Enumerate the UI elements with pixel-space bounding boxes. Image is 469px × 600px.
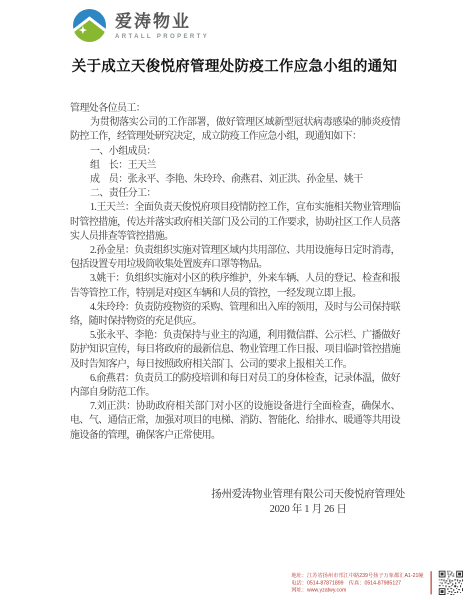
duty-item-2: 2.孙金星：负责组织实施对管理区域内共用部位、共用设施每日定时消毒，包括设置专用… [70, 244, 400, 272]
signature-block: 扬州爱涛物业管理有限公司天俊悦府管理处 2020 年 1 月 26 日 [0, 487, 469, 518]
duty-item-3: 3.姚干：负组织实施对小区的秩序维护，外来车辆、人员的登记、检查和报告等管控工作… [70, 272, 400, 300]
intro-paragraph: 为贯彻落实公司的工作部署，做好管理区域新型冠状病毒感染的肺炎疫情防控工作，经管理… [70, 116, 400, 144]
footer-divider [431, 571, 432, 594]
duty-item-6: 6.俞燕君：负责员工的防疫培训和每日对员工的身体检查，记录体温，做好内部自身防范… [70, 372, 400, 400]
notice-title: 关于成立天俊悦府管理处防疫工作应急小组的通知 [0, 58, 469, 77]
duty-item-1: 1.王天兰：全面负责天俊悦府项目疫情防控工作，宣布实施相关物业管理临时管控措施，… [70, 201, 400, 244]
notice-document: 爱涛物业 ARTALL PROPERTY 关于成立天俊悦府管理处防疫工作应急小组… [0, 0, 469, 600]
logo-text: 爱涛物业 ARTALL PROPERTY [115, 9, 209, 41]
duty-item-5: 5.张永平、李艳：负责保持与业主的沟通，利用微信群、公示栏、广播做好防护知识宣传… [70, 329, 400, 372]
signature-org: 扬州爱涛物业管理有限公司天俊悦府管理处 [211, 487, 405, 503]
duty-item-4: 4.朱玲玲：负责防疫物资的采购、管理和出入库的领用，及时与公司保持联络，随时保持… [70, 301, 400, 329]
footer-contact: 地址：江苏省扬州市邗江中路239号扬子万象都汇A1-21幢 电话：0514-87… [291, 572, 423, 594]
notice-body: 管理处各位员工： 为贯彻落实公司的工作部署，做好管理区域新型冠状病毒感染的肺炎疫… [0, 102, 469, 443]
signature-date: 2020 年 1 月 26 日 [211, 502, 405, 518]
leader-line: 组 长：王天兰 [70, 159, 400, 173]
artall-logo-icon [73, 9, 106, 42]
page-footer: 地址：江苏省扬州市邗江中路239号扬子万象都汇A1-21幢 电话：0514-87… [291, 571, 463, 595]
members-line: 成 员：张永平、李艳、朱玲玲、俞燕君、刘正洪、孙金星、姚干 [70, 173, 400, 187]
footer-website: 网址：www.yzatwy.com [291, 586, 423, 593]
duty-item-7: 7.刘正洪：协助政府相关部门对小区的设施设备进行全面检查，确保水、电、气、通信正… [70, 400, 400, 443]
qr-code-icon [439, 571, 463, 595]
company-logo: 爱涛物业 ARTALL PROPERTY [0, 0, 469, 42]
salutation: 管理处各位员工： [70, 102, 400, 116]
company-name-cn: 爱涛物业 [115, 12, 209, 31]
footer-phone-fax: 电话：0514-87871899 传真：0514-87985127 [291, 579, 423, 586]
footer-address: 地址：江苏省扬州市邗江中路239号扬子万象都汇A1-21幢 [291, 572, 423, 579]
section-heading-members: 一、小组成员： [70, 145, 400, 159]
company-name-en: ARTALL PROPERTY [115, 33, 209, 41]
section-heading-duties: 二、责任分工： [70, 187, 400, 201]
